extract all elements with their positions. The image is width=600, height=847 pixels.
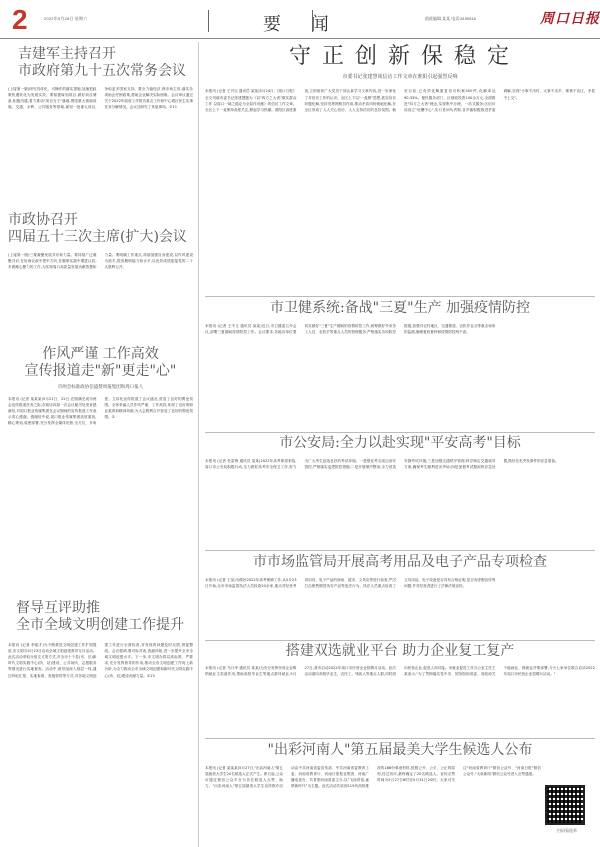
section-divider	[205, 640, 595, 641]
divider	[208, 10, 209, 32]
article-body: 本报讯 (记者 某某某)5月21日、22日,在圆满完成市两会宣传报道任务之际,市…	[8, 396, 193, 602]
article-body: 本报讯 (记者 马月华 通讯员 某某)为充分发挥民营企业吸纳就业主渠道作用,帮助…	[205, 665, 595, 731]
article-chucai: "出彩河南人"第五届最美大学生候选人公布 本报讯 (记者 某某某)5月27日,"…	[205, 742, 595, 847]
subhead: 市两会标准政协信盛赞周报集团和周口报人	[8, 384, 193, 390]
article-body: 本报讯 (记者 王丹宝 通讯员 某某)5月24日,《周口日报》全文刊载市委书记张…	[205, 88, 595, 294]
article-body: (上接第一版)三要凝聚发展共识和力量。要持续广泛凝聚共识,在协商议政中把牢方向,…	[8, 252, 193, 352]
qr-caption: 扫码看选举	[545, 828, 589, 834]
article-body: 本报讯 (记者 杜雷锋 通讯员 某某)2022年高考即将来临,周口市公安局积极行…	[205, 458, 595, 550]
masthead: 2 2022年5月28日 星期六 要 闻 值班编辑:某某 电话:8199516 …	[0, 0, 600, 38]
article-body: (上接第一版)研究具体化、可操作的落实措施,加速把政策机遇转化为发展实效。要积极…	[8, 86, 193, 184]
article-shichang: 市市场监管局开展高考用品及电子产品专项检查 本报讯 (记者 王某)为做好2022…	[205, 554, 595, 637]
divider	[312, 10, 313, 32]
section-divider	[205, 432, 595, 433]
article-body: 本报讯 (记者 某某某)5月27日,"出彩河南人"第五届最美大学生20名候选人正…	[205, 765, 541, 847]
article-body: 本报讯 (记者 王某)为做好2022年高考保障工作,从5月23日开始,全市市场监…	[205, 577, 595, 637]
article-lead: 守 正 创 新 保 稳 定 市委书记张建慧谈信访工作文章在淮阳引起强烈反响 本报…	[205, 44, 595, 294]
article-body: 本报讯 (记者 王中文 通讯员 某某)近日,市卫健委召开会议,部署三夏期间疫情防…	[205, 323, 595, 433]
subhead: 市委书记张建慧谈信访工作文章在淮阳引起强烈反响	[205, 73, 595, 80]
headline: 作风严谨 工作高效 宣传报道走"新"更走"心"	[8, 346, 193, 380]
article-body: 本报讯 (记者 李振才)为不断推进文明创建工作扩面提质,市文明办5月23日启动全…	[8, 642, 193, 838]
section-title: 要 闻	[263, 10, 341, 36]
headline: 督导互评助推 全市全域文明创建工作提升	[8, 600, 193, 634]
section-divider	[205, 738, 595, 739]
headline: 市公安局:全力以赴实现"平安高考"目标	[205, 435, 595, 452]
masthead-rule	[0, 38, 600, 39]
section-divider	[205, 296, 595, 297]
headline: 市卫健系统:备战"三夏"生产 加强疫情防控	[205, 300, 595, 317]
page-number: 2	[12, 6, 28, 34]
column-divider	[198, 42, 199, 847]
headline: 守 正 创 新 保 稳 定	[205, 44, 595, 70]
article-zhengxie: 市政协召开 四届五十三次主席(扩大)会议 (上接第一版)三要凝聚发展共识和力量。…	[8, 212, 193, 352]
headline: "出彩河南人"第五届最美大学生候选人公布	[205, 742, 595, 759]
headline: 市政协召开 四届五十三次主席(扩大)会议	[8, 212, 193, 246]
article-gongan: 市公安局:全力以赴实现"平安高考"目标 本报讯 (记者 杜雷锋 通讯员 某某)2…	[205, 435, 595, 550]
article-zuofeng: 作风严谨 工作高效 宣传报道走"新"更走"心" 市两会标准政协信盛赞周报集团和周…	[8, 346, 193, 602]
article-duzhuo: 督导互评助推 全市全域文明创建工作提升 本报讯 (记者 李振才)为不断推进文明创…	[8, 600, 193, 838]
article-jiuye: 搭建双选就业平台 助力企业复工复产 本报讯 (记者 马月华 通讯员 某某)为充分…	[205, 643, 595, 731]
issue-date: 2022年5月28日 星期六	[44, 16, 87, 22]
headline: 吉建军主持召开 市政府第九十五次常务会议	[8, 46, 193, 80]
headline: 市市场监管局开展高考用品及电子产品专项检查	[205, 554, 595, 571]
section-divider	[205, 550, 595, 551]
newspaper-logo: 周口日报	[540, 8, 600, 28]
qr-code[interactable]	[545, 785, 585, 825]
article-jijianjun: 吉建军主持召开 市政府第九十五次常务会议 (上接第一版)研究具体化、可操作的落实…	[8, 46, 193, 184]
article-weijian: 市卫健系统:备战"三夏"生产 加强疫情防控 本报讯 (记者 王中文 通讯员 某某…	[205, 300, 595, 433]
headline: 搭建双选就业平台 助力企业复工复产	[205, 643, 595, 660]
editor-info: 值班编辑:某某 电话:8199516	[425, 16, 476, 22]
